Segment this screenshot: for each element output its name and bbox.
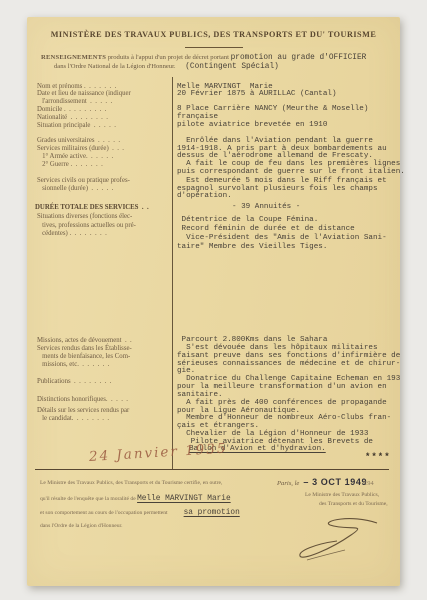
value-annuites: - 39 Annuités - [232, 204, 300, 212]
label-grades-services: Grades universitaires . . . . . Services… [37, 137, 124, 169]
intro-line-1: RENSEIGNEMENTS produits à l'appui d'un p… [41, 54, 366, 62]
date-stamp-block: Paris, le – 3 OCT 1949 194 [277, 477, 374, 487]
label-missions: Missions, actes de dévouement . . Servic… [37, 337, 132, 369]
footer-certifie-line: Le Ministre des Travaux Publics, des Tra… [40, 480, 222, 486]
value-civils: Est demeurée 5 mois dans le Riff françai… [177, 178, 387, 201]
footer-divider [35, 469, 389, 470]
title-divider [185, 47, 243, 48]
screenshot-root: { "colors": { "paper": "#e9d7a0", "ink_p… [0, 0, 427, 600]
paris-le-label: Paris, le [277, 480, 299, 487]
value-situation: pilote aviatrice brevetée en 1910 [177, 122, 327, 130]
label-publications: Publications . . . . . . . . [37, 378, 111, 386]
date-stamp: – 3 OCT 1949 [303, 477, 367, 487]
footer-moralite-printed: qu'il résulte de l'enquête que la morali… [40, 496, 137, 502]
footer-comportement-typed: sa promotion [184, 509, 240, 517]
intro-rest: produits à l'appui d'un projet de décret… [106, 54, 231, 61]
signature [289, 511, 385, 565]
asterisks-mark: **** [365, 452, 391, 462]
intro-ordre: dans l'Ordre National de la Légion d'Hon… [54, 63, 177, 70]
label-situation: Situation principale . . . . . [37, 122, 116, 130]
value-situations: Détentrice de la Coupe Fémina. Record fé… [177, 216, 387, 252]
ministre-line-2: des Transports et du Tourisme, [319, 501, 388, 507]
label-situations-diverses: Situations diverses (fonctions élec- tiv… [37, 213, 136, 239]
label-duree-totale: DURÉE TOTALE DES SERVICES . . [35, 204, 149, 212]
label-services-civils: Services civils ou pratique profes- sion… [37, 177, 130, 193]
intro-lead: RENSEIGNEMENTS [41, 54, 106, 61]
intro-typed-contingent: (Contingent Spécial) [185, 63, 279, 71]
label-distinctions: Distinctions honorifiques. . . . . [37, 396, 128, 404]
document-page: MINISTÈRE DES TRAVAUX PUBLICS, DES TRANS… [27, 17, 400, 586]
label-domicile: Domicile . . . . . . . . . [37, 106, 106, 114]
footer-comportement-printed: et son comportement au cours de l'occupa… [40, 510, 168, 516]
ministre-line-1: Le Ministre des Travaux Publics, [305, 492, 379, 498]
footer-ordre-line: dans l'Ordre de la Légion d'Honneur. [40, 523, 122, 529]
value-missions: Parcourt 2.800Kms dans le Sahara S'est d… [177, 337, 400, 447]
label-naissance: Date et lieu de naissance (indiquer l'ar… [37, 90, 131, 105]
column-divider [172, 77, 173, 469]
value-militaire: Enrôlée dans l'Aviation pendant la guerr… [177, 138, 405, 177]
footer-moralite-typed: Melle MARVINGT Marie [137, 495, 231, 503]
value-naissance: 20 Février 1875 à AURILLAC (Cantal) [177, 91, 337, 99]
intro-line-2: dans l'Ordre National de la Légion d'Hon… [54, 63, 279, 71]
label-nationalite: Nationalité . . . . . . . . [37, 114, 108, 122]
handwritten-date: 24 Janvier 1935 [89, 441, 228, 465]
page-title: MINISTÈRE DES TRAVAUX PUBLICS, DES TRANS… [27, 30, 400, 39]
intro-typed-grade: promotion au grade d'OFFICIER [231, 54, 367, 62]
printed-year: 194 [364, 480, 374, 487]
footer-moralite-line: qu'il résulte de l'enquête que la morali… [40, 495, 231, 503]
footer-comportement-line: et son comportement au cours de l'occupa… [40, 509, 240, 517]
label-details: Détails sur les services rendus par le c… [37, 407, 129, 423]
